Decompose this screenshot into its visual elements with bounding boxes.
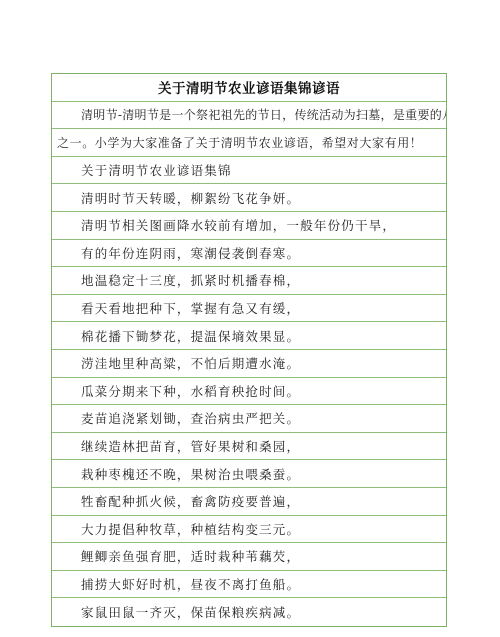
intro-text-line-1: 清明节-清明节是一个祭祀祖先的节日，传统活动为扫墓，是重要的八节 xyxy=(52,102,446,130)
proverb-line: 看天看地把种下，掌握有急又有缓， xyxy=(52,295,446,323)
proverb-line: 棉花播下锄梦花，提温保墒效果显。 xyxy=(52,322,446,350)
section-heading: 关于清明节农业谚语集锦 xyxy=(52,157,446,185)
proverb-line: 鲤鲫亲鱼强育肥，适时栽种苇藕芡， xyxy=(52,543,446,571)
intro-text-line-2: 之一。小学为大家准备了关于清明节农业谚语，希望对大家有用！ xyxy=(52,129,446,157)
proverb-line: 瓜菜分期来下种，水稻育秧抢时间。 xyxy=(52,378,446,406)
proverb-line: 家鼠田鼠一齐灭，保苗保粮疾病减。 xyxy=(52,598,446,626)
proverb-line: 牲畜配种抓火候，畜禽防疫要普遍， xyxy=(52,488,446,516)
proverb-table: 关于清明节农业谚语集锦谚语 清明节-清明节是一个祭祀祖先的节日，传统活动为扫墓，… xyxy=(51,73,447,627)
proverb-line: 有的年份连阴雨，寒潮侵袭倒春寒。 xyxy=(52,240,446,268)
proverb-line: 捕捞大虾好时机，昼夜不离打鱼船。 xyxy=(52,571,446,599)
proverb-line: 大力提倡种牧草，种植结构变三元。 xyxy=(52,516,446,544)
proverb-line: 栽种枣槐还不晚，果树治虫喂桑蚕。 xyxy=(52,460,446,488)
proverb-line: 清明时节天转暖，柳絮纷飞花争妍。 xyxy=(52,184,446,212)
proverb-line: 清明节相关图画降水较前有增加，一般年份仍干旱， xyxy=(52,212,446,240)
proverb-line: 地温稳定十三度，抓紧时机播春棉， xyxy=(52,267,446,295)
document-title: 关于清明节农业谚语集锦谚语 xyxy=(52,74,446,102)
proverb-line: 涝洼地里种高粱，不怕后期遭水淹。 xyxy=(52,350,446,378)
proverb-line: 继续造林把苗育，管好果树和桑园， xyxy=(52,433,446,461)
proverb-line: 麦苗追浇紧划锄，查治病虫严把关。 xyxy=(52,405,446,433)
